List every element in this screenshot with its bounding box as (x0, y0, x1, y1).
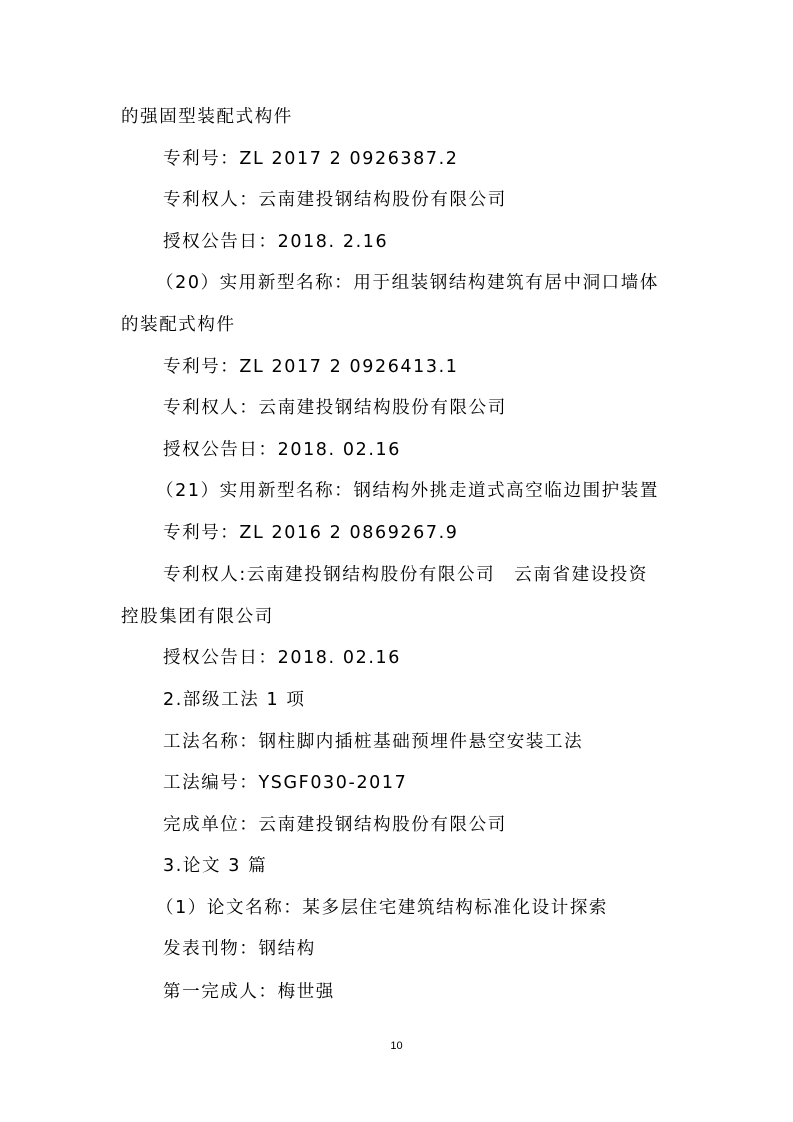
completing-unit: 完成单位：云南建投钢结构股份有限公司 (163, 814, 507, 836)
section-heading-papers: 3.论文 3 篇 (163, 855, 267, 877)
patent-holder: 专利权人：云南建投钢结构股份有限公司 (163, 189, 507, 211)
publication-journal: 发表刊物：钢结构 (163, 938, 316, 960)
method-name: 工法名称：钢柱脚内插桩基础预埋件悬空安装工法 (163, 731, 583, 753)
grant-date: 授权公告日：2018. 2.16 (163, 231, 388, 253)
text-line-continuation: 控股集团有限公司 (121, 606, 274, 628)
patent-number: 专利号：ZL 2017 2 0926387.2 (163, 148, 459, 170)
patent-holder: 专利权人:云南建投钢结构股份有限公司 云南省建设投资 (163, 564, 648, 586)
patent-number: 专利号：ZL 2016 2 0869267.9 (163, 522, 459, 544)
text-line-continuation: 的强固型装配式构件 (121, 106, 293, 128)
document-page: 的强固型装配式构件 专利号：ZL 2017 2 0926387.2 专利权人：云… (0, 0, 793, 1122)
section-heading-construction-method: 2.部级工法 1 项 (163, 689, 305, 711)
utility-model-title-21: （21）实用新型名称：钢结构外挑走道式高空临边围护装置 (156, 480, 659, 502)
paper-title-1: （1）论文名称：某多层住宅建筑结构标准化设计探索 (156, 897, 608, 919)
first-author: 第一完成人：梅世强 (163, 981, 335, 1003)
patent-holder: 专利权人：云南建投钢结构股份有限公司 (163, 397, 507, 419)
text-line-continuation: 的装配式构件 (121, 314, 236, 336)
patent-number: 专利号：ZL 2017 2 0926413.1 (163, 356, 459, 378)
grant-date: 授权公告日：2018. 02.16 (163, 439, 401, 461)
grant-date: 授权公告日：2018. 02.16 (163, 647, 401, 669)
utility-model-title-20: （20）实用新型名称：用于组装钢结构建筑有居中洞口墙体 (156, 272, 659, 294)
method-number: 工法编号：YSGF030-2017 (163, 772, 407, 794)
page-number: 10 (0, 1040, 793, 1052)
